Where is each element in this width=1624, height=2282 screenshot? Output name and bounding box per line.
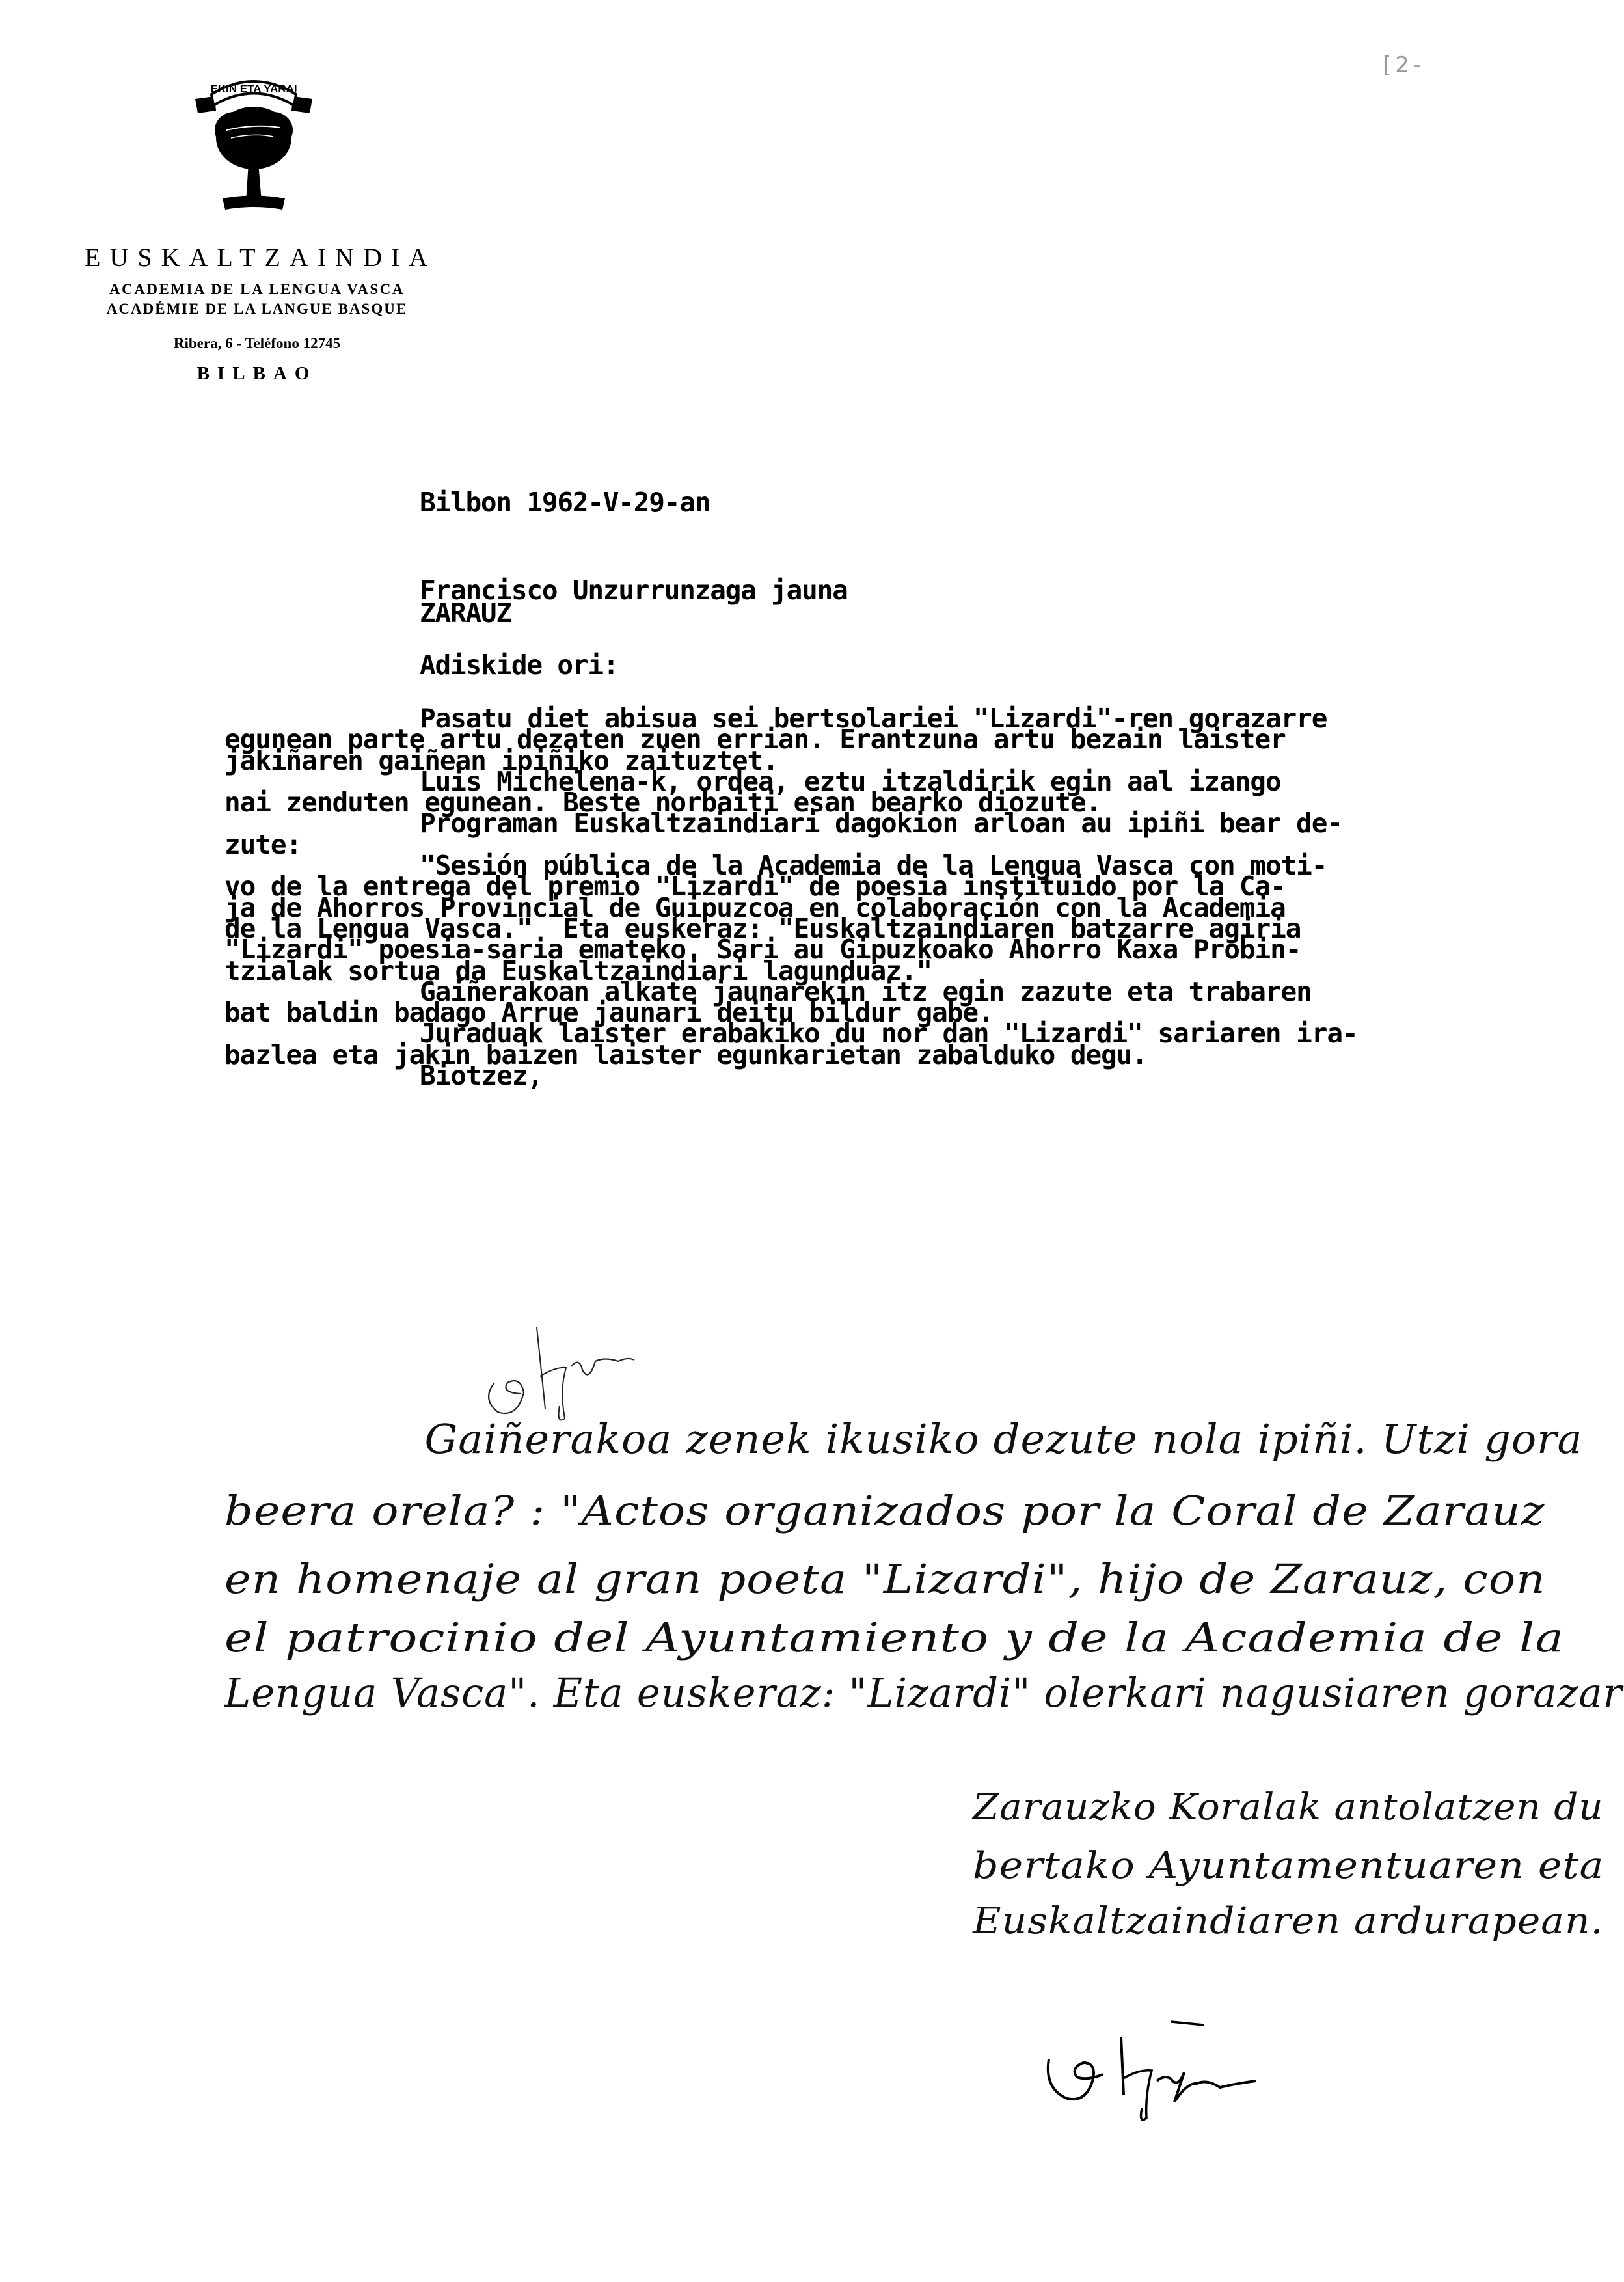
salutation: Adiskide ori: bbox=[420, 652, 618, 679]
oak-tree-emblem-icon: EKIN ETA YARAI bbox=[176, 65, 332, 221]
signature-icon bbox=[1041, 1998, 1327, 2141]
letter-date: Bilbon 1962-V-29-an bbox=[420, 489, 710, 516]
organization-name: EUSKALTZAINDIA bbox=[85, 242, 429, 273]
handwritten-line: en homenaje al gran poeta "Lizardi", hij… bbox=[224, 1555, 1546, 1603]
handwritten-line: Zarauzko Koralak antolatzen du bbox=[973, 1786, 1604, 1828]
handwritten-line: beera orela? : "Actos organizados por la… bbox=[224, 1487, 1545, 1534]
organization-address: Ribera, 6 - Teléfono 12745 bbox=[85, 335, 429, 352]
letter-body: Pasatu diet abisua sei bertsolariei "Liz… bbox=[224, 708, 1604, 1086]
handwritten-line: el patrocinio del Ayuntamiento y de la A… bbox=[224, 1614, 1564, 1661]
signature-icon bbox=[468, 1321, 664, 1425]
recipient-city: ZARAUZ bbox=[420, 600, 511, 627]
body-line: Biotzez, bbox=[224, 1065, 1604, 1086]
motto-text: EKIN ETA YARAI bbox=[210, 83, 297, 95]
archive-mark: [2- bbox=[1383, 52, 1425, 78]
organization-city: BILBAO bbox=[85, 363, 429, 385]
body-line: Programan Euskaltzaindiari dagokion arlo… bbox=[224, 813, 1604, 834]
handwritten-line: Lengua Vasca". Eta euskeraz: "Lizardi" o… bbox=[224, 1669, 1623, 1717]
handwritten-line: bertako Ayuntamentuaren eta bbox=[973, 1845, 1604, 1887]
handwritten-line: Euskaltzaindiaren ardurapean. bbox=[973, 1900, 1604, 1942]
organization-subtitle-es: ACADEMIA DE LA LENGUA VASCA bbox=[85, 281, 429, 298]
handwritten-line: Gaiñerakoa zenek ikusiko dezute nola ipi… bbox=[224, 1415, 1582, 1463]
organization-subtitle-fr: ACADÉMIE DE LA LANGUE BASQUE bbox=[85, 301, 429, 318]
